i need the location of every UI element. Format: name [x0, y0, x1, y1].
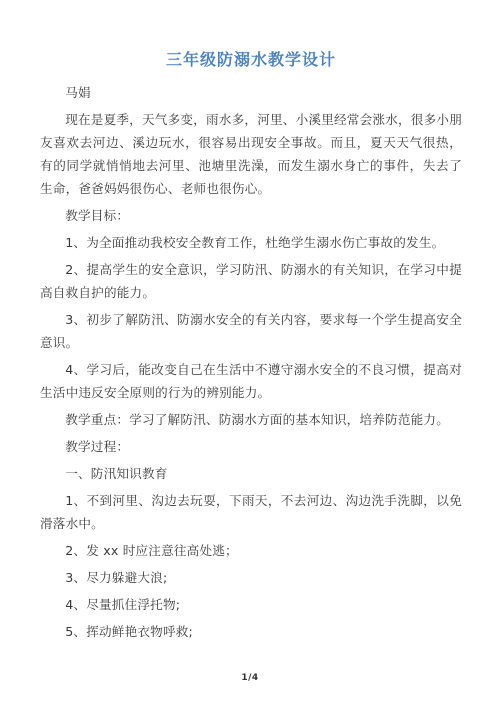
author-name: 马娟: [40, 81, 462, 104]
section-teaching-key-points: 教学重点：学习了解防汛、防溺水方面的基本知识，培养防范能力。: [40, 408, 462, 431]
flood-item-1: 1、不到河里、沟边去玩耍，下雨天，不去河边、沟边洗手洗脚，以免滑落水中。: [40, 489, 462, 535]
flood-item-2: 2、发 xx 时应注意往高处逃；: [40, 539, 462, 562]
goal-item-4: 4、学习后，能改变自己在生活中不遵守溺水安全的不良习惯，提高对生活中违反安全原则…: [40, 358, 462, 404]
page-number: 1/4: [0, 673, 500, 683]
flood-item-5: 5、挥动鲜艳衣物呼救;: [40, 620, 462, 643]
section-heading-teaching-process: 教学过程：: [40, 435, 462, 458]
goal-item-1: 1、为全面推动我校安全教育工作，杜绝学生溺水伤亡事故的发生。: [40, 231, 462, 254]
document-page: 三年级防溺水教学设计 马娟 现在是夏季，天气多变，雨水多，河里、小溪里经常会涨水…: [0, 0, 500, 707]
section-heading-teaching-goals: 教学目标：: [40, 204, 462, 227]
intro-paragraph: 现在是夏季，天气多变，雨水多，河里、小溪里经常会涨水，很多小朋友喜欢去河边、溪边…: [40, 108, 462, 200]
subsection-flood-education: 一、防汛知识教育: [40, 462, 462, 485]
goal-item-2: 2、提高学生的安全意识，学习防汛、防溺水的有关知识，在学习中提高自救自护的能力。: [40, 258, 462, 304]
goal-item-3: 3、初步了解防汛、防溺水安全的有关内容，要求每一个学生提高安全意识。: [40, 308, 462, 354]
flood-item-3: 3、尽力躲避大浪;: [40, 566, 462, 589]
document-title: 三年级防溺水教学设计: [40, 48, 462, 71]
flood-item-4: 4、尽量抓住浮托物;: [40, 593, 462, 616]
